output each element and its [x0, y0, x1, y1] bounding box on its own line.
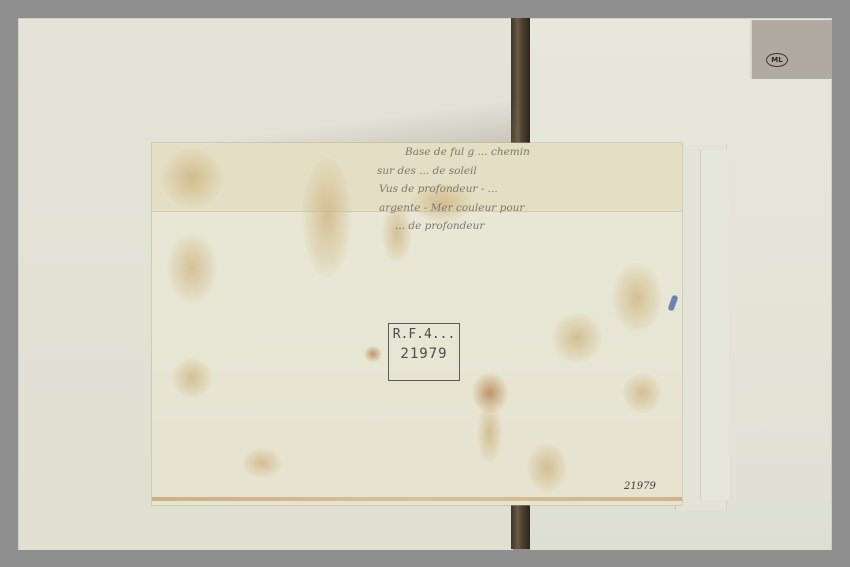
annotation-line: ... de profondeur [377, 217, 677, 236]
ml-stamp-icon: ML [766, 53, 788, 67]
foxing-stain [162, 148, 222, 208]
foxing-stain [527, 443, 567, 493]
stamp-number: 21979 [389, 346, 459, 362]
page-shadow [160, 100, 520, 145]
foxing-stain [364, 346, 382, 362]
museum-label-tab: ML [750, 20, 832, 79]
inventory-number: 21979 [624, 481, 656, 492]
foxing-stain [612, 263, 662, 333]
foxing-stain [172, 358, 212, 398]
annotation-line: argente - Mer couleur pour [377, 199, 677, 218]
annotation-line: Base de ful g ... chemin [377, 143, 677, 162]
stamp-collection-code: R.F.4... [389, 327, 459, 342]
foxing-stain [302, 158, 352, 278]
foxing-stain [622, 373, 662, 413]
collection-stamp: R.F.4... 21979 [388, 323, 460, 381]
foxing-stain [477, 403, 502, 463]
sheet-edge-stain [152, 497, 682, 501]
annotation-line: sur des ... de soleil [377, 162, 677, 181]
annotation-line: Vus de profondeur - ... [377, 180, 677, 199]
mount-strip-inner [700, 150, 729, 500]
pencil-annotation: Base de ful g ... chemin sur des ... de … [377, 143, 677, 243]
foxing-stain [242, 448, 282, 478]
foxing-stain [167, 233, 217, 303]
foxing-stain [552, 313, 602, 363]
drawing-sheet-verso: Base de ful g ... chemin sur des ... de … [152, 143, 682, 505]
